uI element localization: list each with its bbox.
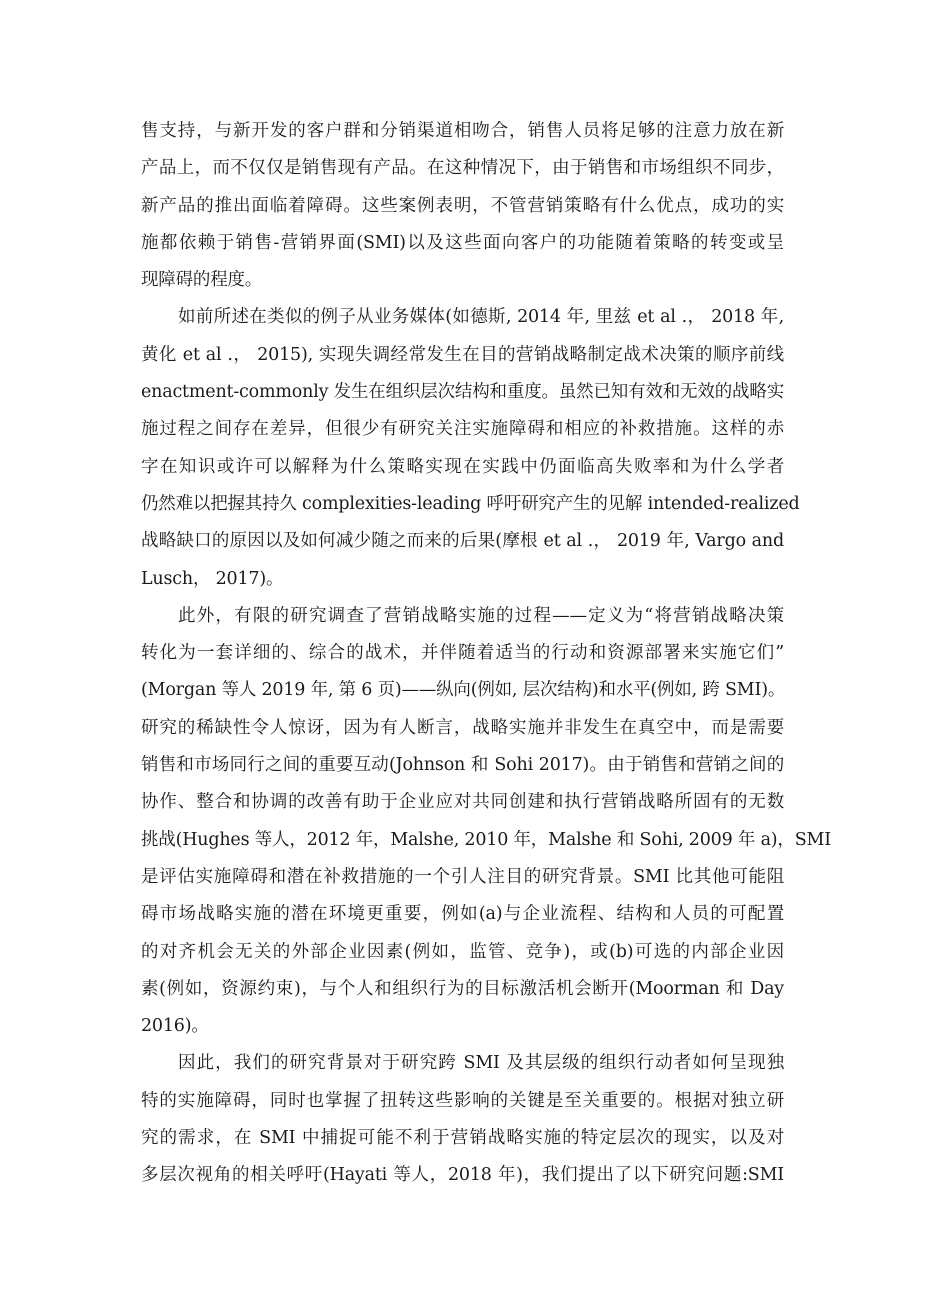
text-line: 挑战(Hughes 等人，2012 年，Malshe, 2010 年，Malsh… bbox=[141, 822, 784, 859]
text-line: (Morgan 等人 2019 年, 第 6 页)——纵向(例如, 层次结构)和… bbox=[141, 672, 784, 709]
text-line: 是评估实施障碍和潜在补救措施的一个引人注目的研究背景。SMI 比其他可能阻 bbox=[141, 859, 784, 896]
body-text: 售支持，与新开发的客户群和分销渠道相吻合，销售人员将足够的注意力放在新 产品上，… bbox=[141, 113, 784, 1195]
paragraph-3: 此外，有限的研究调查了营销战略实施的过程——定义为“将营销战略决策 转化为一套详… bbox=[141, 598, 784, 1046]
text-line: 产品上，而不仅仅是销售现有产品。在这种情况下，由于销售和市场组织不同步， bbox=[141, 150, 784, 187]
text-line: 协作、整合和协调的改善有助于企业应对共同创建和执行营销战略所固有的无数 bbox=[141, 784, 784, 821]
paragraph-4: 因此，我们的研究背景对于研究跨 SMI 及其层级的组织行动者如何呈现独 特的实施… bbox=[141, 1045, 784, 1194]
document-page: 售支持，与新开发的客户群和分销渠道相吻合，销售人员将足够的注意力放在新 产品上，… bbox=[0, 0, 926, 1309]
text-line: 的对齐机会无关的外部企业因素(例如，监管、竞争)，或(b)可选的内部企业因 bbox=[141, 934, 784, 971]
text-line: Lusch， 2017)。 bbox=[141, 561, 784, 598]
text-line: 多层次视角的相关呼吁(Hayati 等人，2018 年)，我们提出了以下研究问题… bbox=[141, 1157, 784, 1194]
text-line: 转化为一套详细的、综合的战术，并伴随着适当的行动和资源部署来实施它们” bbox=[141, 635, 784, 672]
text-line: enactment-commonly 发生在组织层次结构和重度。虽然已知有效和无… bbox=[141, 374, 784, 411]
text-line: 字在知识或许可以解释为什么策略实现在实践中仍面临高失败率和为什么学者 bbox=[141, 449, 784, 486]
text-line: 碍市场战略实施的潜在环境更重要，例如(a)与企业流程、结构和人员的可配置 bbox=[141, 896, 784, 933]
text-line: 特的实施障碍，同时也掌握了扭转这些影响的关键是至关重要的。根据对独立研 bbox=[141, 1083, 784, 1120]
text-line: 因此，我们的研究背景对于研究跨 SMI 及其层级的组织行动者如何呈现独 bbox=[141, 1045, 784, 1082]
paragraph-2: 如前所述在类似的例子从业务媒体(如德斯, 2014 年, 里兹 et al .，… bbox=[141, 299, 784, 597]
text-line: 此外，有限的研究调查了营销战略实施的过程——定义为“将营销战略决策 bbox=[141, 598, 784, 635]
text-line: 施都依赖于销售-营销界面(SMI)以及这些面向客户的功能随着策略的转变或呈 bbox=[141, 225, 784, 262]
text-line: 素(例如，资源约束)，与个人和组织行为的目标激活机会断开(Moorman 和 D… bbox=[141, 971, 784, 1008]
paragraph-1: 售支持，与新开发的客户群和分销渠道相吻合，销售人员将足够的注意力放在新 产品上，… bbox=[141, 113, 784, 299]
text-line: 研究的稀缺性令人惊讶，因为有人断言，战略实施并非发生在真空中，而是需要 bbox=[141, 710, 784, 747]
text-line: 销售和市场同行之间的重要互动(Johnson 和 Sohi 2017)。由于销售… bbox=[141, 747, 784, 784]
text-line: 现障碍的程度。 bbox=[141, 262, 784, 299]
text-line: 战略缺口的原因以及如何减少随之而来的后果(摩根 et al .， 2019 年,… bbox=[141, 523, 784, 560]
text-line: 2016)。 bbox=[141, 1008, 784, 1045]
text-line: 究的需求，在 SMI 中捕捉可能不利于营销战略实施的特定层次的现实，以及对 bbox=[141, 1120, 784, 1157]
text-line: 新产品的推出面临着障碍。这些案例表明，不管营销策略有什么优点，成功的实 bbox=[141, 188, 784, 225]
text-line: 黄化 et al .， 2015), 实现失调经常发生在目的营销战略制定战术决策… bbox=[141, 337, 784, 374]
text-line: 如前所述在类似的例子从业务媒体(如德斯, 2014 年, 里兹 et al .，… bbox=[141, 299, 784, 336]
text-line: 施过程之间存在差异，但很少有研究关注实施障碍和相应的补救措施。这样的赤 bbox=[141, 411, 784, 448]
text-line: 仍然难以把握其持久 complexities-leading 呼吁研究产生的见解… bbox=[141, 486, 784, 523]
text-line: 售支持，与新开发的客户群和分销渠道相吻合，销售人员将足够的注意力放在新 bbox=[141, 113, 784, 150]
